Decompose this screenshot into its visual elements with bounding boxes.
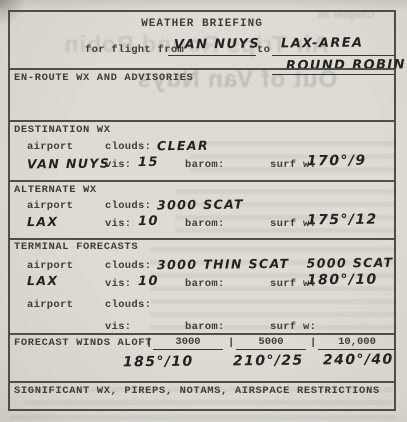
vis-label: vis: [105, 218, 131, 230]
section-destination-header: DESTINATION WX [14, 124, 111, 136]
flight-from-value: VAN NUYS [174, 37, 260, 53]
section-divider [10, 333, 394, 335]
airport-label: airport [27, 141, 73, 153]
airport-label: airport [27, 200, 73, 212]
winds-column-separator: | [228, 337, 235, 349]
airport-value: LAX [27, 273, 59, 288]
clouds-value: CLEAR [157, 138, 209, 154]
airport-label: airport [27, 299, 73, 311]
barom-label: barom: [185, 218, 225, 230]
flight-to-value-line2: ROUND ROBIN [286, 57, 406, 73]
vis-value: 10 [138, 214, 159, 229]
surf-wind-label: surf w: [270, 321, 316, 333]
winds-value-5000: 210°/25 [233, 353, 304, 370]
form-title: WEATHER BRIEFING [10, 18, 394, 30]
weather-briefing-form: WEATHER BRIEFING for flight from VAN NUY… [8, 10, 396, 411]
flight-to-value: LAX-AREA [281, 36, 364, 52]
vis-value: 15 [138, 155, 159, 170]
section-enroute-header: EN-ROUTE WX AND ADVISORIES [14, 72, 193, 84]
clouds-label: clouds: [105, 200, 151, 212]
barom-label: barom: [185, 159, 225, 171]
section-significant-header: SIGNIFICANT WX, PIREPS, NOTAMS, AIRSPACE… [14, 385, 380, 397]
winds-column-separator: | [146, 337, 153, 349]
surf-wind-value: 175°/12 [307, 212, 378, 229]
section-divider [10, 381, 394, 383]
section-divider [10, 180, 394, 182]
section-terminal-header: TERMINAL FORECASTS [14, 241, 138, 253]
flight-to-label: to [257, 44, 270, 56]
clouds-label: clouds: [105, 141, 151, 153]
section-divider [10, 238, 394, 240]
vis-label: vis: [105, 321, 131, 333]
clouds-value: 3000 THIN SCAT 5000 SCAT [157, 255, 394, 272]
clouds-value: 3000 SCAT [157, 197, 244, 213]
winds-altitude-3000: 3000 [153, 336, 223, 350]
airport-label: airport [27, 260, 73, 272]
clouds-label: clouds: [105, 299, 151, 311]
section-alternate-header: ALTERNATE WX [14, 184, 97, 196]
airport-value: LAX [27, 214, 59, 229]
vis-label: vis: [105, 159, 131, 171]
vis-label: vis: [105, 278, 131, 290]
surf-wind-value: 180°/10 [307, 272, 378, 289]
scanned-weather-briefing-page: Chapter 36 Air Trips Round Robin Out of … [0, 0, 407, 422]
winds-value-3000: 185°/10 [123, 354, 194, 371]
flight-from-underline [168, 55, 256, 56]
section-divider [10, 120, 394, 122]
winds-column-separator: | [310, 337, 317, 349]
vis-value: 10 [138, 274, 159, 289]
barom-label: barom: [185, 278, 225, 290]
clouds-label: clouds: [105, 260, 151, 272]
airport-value: VAN NUYS [27, 156, 110, 172]
flight-to-underline [272, 55, 394, 56]
winds-altitude-5000: 5000 [236, 336, 306, 350]
flight-to-underline-2 [272, 74, 394, 75]
section-winds-header: FORECAST WINDS ALOFT [14, 337, 152, 349]
surf-wind-value: 170°/9 [307, 153, 367, 170]
winds-altitude-10000: 10,000 [318, 336, 396, 350]
barom-label: barom: [185, 321, 225, 333]
bleedthrough-paragraph-smudge [10, 415, 396, 422]
winds-value-10000: 240°/40 [323, 352, 394, 369]
section-divider [10, 68, 394, 70]
